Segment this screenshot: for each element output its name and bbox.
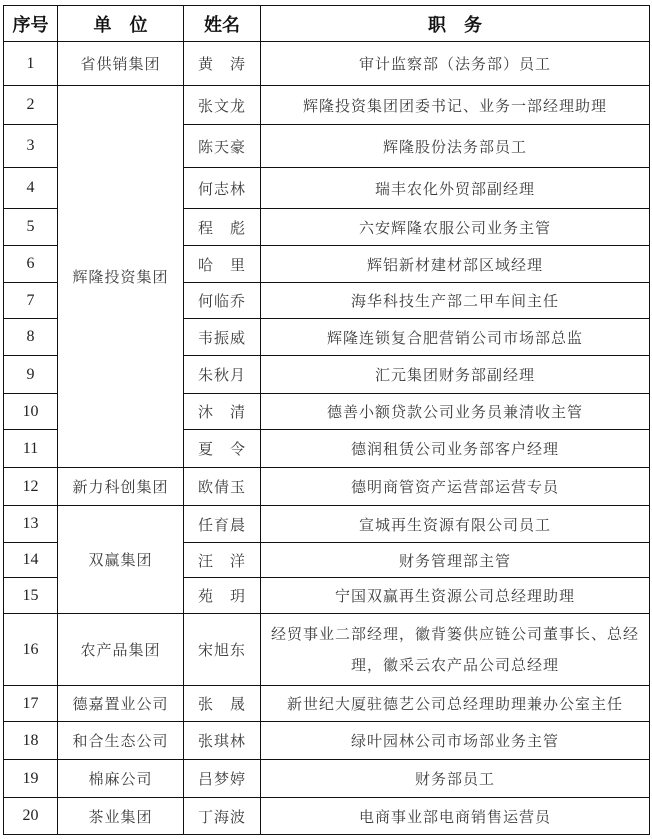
row-name: 韦振威: [184, 319, 261, 356]
row-index: 1: [4, 42, 58, 86]
row-duty: 瑞丰农化外贸部副经理: [261, 168, 650, 209]
header-duty: 职 务: [261, 6, 650, 42]
row-name: 张 晟: [184, 686, 261, 722]
row-duty: 财务部员工: [261, 760, 650, 798]
row-name: 哈 里: [184, 246, 261, 283]
row-duty: 六安辉隆农服公司业务主管: [261, 209, 650, 246]
header-row: 序号 单 位 姓名 职 务: [4, 6, 650, 42]
header-index: 序号: [4, 6, 58, 42]
row-duty: 辉铝新材建材部区域经理: [261, 246, 650, 283]
row-name: 何志林: [184, 168, 261, 209]
row-duty: 电商事业部电商销售运营员: [261, 798, 650, 835]
header-unit: 单 位: [58, 6, 184, 42]
table-row: 19 棉麻公司 吕梦婷 财务部员工: [4, 760, 650, 798]
row-unit-merged: 双赢集团: [58, 506, 184, 614]
row-duty: 宁国双赢再生资源公司总经理助理: [261, 578, 650, 614]
row-index: 13: [4, 506, 58, 543]
row-duty: 辉隆投资集团团委书记、业务一部经理助理: [261, 86, 650, 125]
table-row: 16 农产品集团 宋旭东 经贸事业二部经理，徽背篓供应链公司董事长、总经理，徽采…: [4, 614, 650, 686]
row-index: 19: [4, 760, 58, 798]
table-row: 17 德嘉置业公司 张 晟 新世纪大厦驻德艺公司总经理助理兼办公室主任: [4, 686, 650, 722]
row-index: 9: [4, 356, 58, 394]
row-duty: 绿叶园林公司市场部业务主管: [261, 722, 650, 760]
row-duty: 海华科技生产部二甲车间主任: [261, 283, 650, 319]
row-duty: 汇元集团财务部副经理: [261, 356, 650, 394]
table-row: 13 双赢集团 任育晨 宣城再生资源有限公司员工: [4, 506, 650, 543]
row-index: 12: [4, 468, 58, 506]
table-row: 2 辉隆投资集团 张文龙 辉隆投资集团团委书记、业务一部经理助理: [4, 86, 650, 125]
row-name: 何临乔: [184, 283, 261, 319]
row-name: 张文龙: [184, 86, 261, 125]
row-duty: 德明商管资产运营部运营专员: [261, 468, 650, 506]
row-index: 3: [4, 125, 58, 168]
table-row: 18 和合生态公司 张琪林 绿叶园林公司市场部业务主管: [4, 722, 650, 760]
row-unit: 茶业集团: [58, 798, 184, 835]
row-name: 夏 令: [184, 430, 261, 468]
row-name: 任育晨: [184, 506, 261, 543]
personnel-table: 序号 单 位 姓名 职 务 1 省供销集团 黄 涛 审计监察部（法务部）员工 2…: [3, 5, 650, 835]
row-index: 17: [4, 686, 58, 722]
row-unit: 德嘉置业公司: [58, 686, 184, 722]
row-name: 吕梦婷: [184, 760, 261, 798]
row-name: 欧倩玉: [184, 468, 261, 506]
row-duty: 财务管理部主管: [261, 543, 650, 578]
row-index: 20: [4, 798, 58, 835]
row-name: 程 彪: [184, 209, 261, 246]
row-duty: 辉隆股份法务部员工: [261, 125, 650, 168]
row-index: 18: [4, 722, 58, 760]
row-unit: 棉麻公司: [58, 760, 184, 798]
row-unit: 和合生态公司: [58, 722, 184, 760]
table-row: 20 茶业集团 丁海波 电商事业部电商销售运营员: [4, 798, 650, 835]
row-duty: 经贸事业二部经理，徽背篓供应链公司董事长、总经理，徽采云农产品公司总经理: [261, 614, 650, 686]
row-index: 14: [4, 543, 58, 578]
table-row: 12 新力科创集团 欧倩玉 德明商管资产运营部运营专员: [4, 468, 650, 506]
row-index: 11: [4, 430, 58, 468]
row-index: 10: [4, 394, 58, 430]
row-name: 张琪林: [184, 722, 261, 760]
row-name: 丁海波: [184, 798, 261, 835]
row-index: 2: [4, 86, 58, 125]
table-row: 1 省供销集团 黄 涛 审计监察部（法务部）员工: [4, 42, 650, 86]
row-index: 4: [4, 168, 58, 209]
row-duty: 德善小额贷款公司业务员兼清收主管: [261, 394, 650, 430]
row-index: 16: [4, 614, 58, 686]
row-duty: 新世纪大厦驻德艺公司总经理助理兼办公室主任: [261, 686, 650, 722]
row-duty: 审计监察部（法务部）员工: [261, 42, 650, 86]
row-index: 6: [4, 246, 58, 283]
row-index: 8: [4, 319, 58, 356]
row-index: 7: [4, 283, 58, 319]
row-name: 陈天豪: [184, 125, 261, 168]
row-name: 沐 清: [184, 394, 261, 430]
row-duty: 宣城再生资源有限公司员工: [261, 506, 650, 543]
header-name: 姓名: [184, 6, 261, 42]
row-name: 汪 洋: [184, 543, 261, 578]
row-name: 苑 玥: [184, 578, 261, 614]
row-index: 15: [4, 578, 58, 614]
row-unit: 新力科创集团: [58, 468, 184, 506]
row-unit-merged: 辉隆投资集团: [58, 86, 184, 468]
row-index: 5: [4, 209, 58, 246]
row-name: 朱秋月: [184, 356, 261, 394]
row-duty: 德润租赁公司业务部客户经理: [261, 430, 650, 468]
row-unit: 省供销集团: [58, 42, 184, 86]
row-unit: 农产品集团: [58, 614, 184, 686]
row-duty: 辉隆连锁复合肥营销公司市场部总监: [261, 319, 650, 356]
row-name: 黄 涛: [184, 42, 261, 86]
row-name: 宋旭东: [184, 614, 261, 686]
